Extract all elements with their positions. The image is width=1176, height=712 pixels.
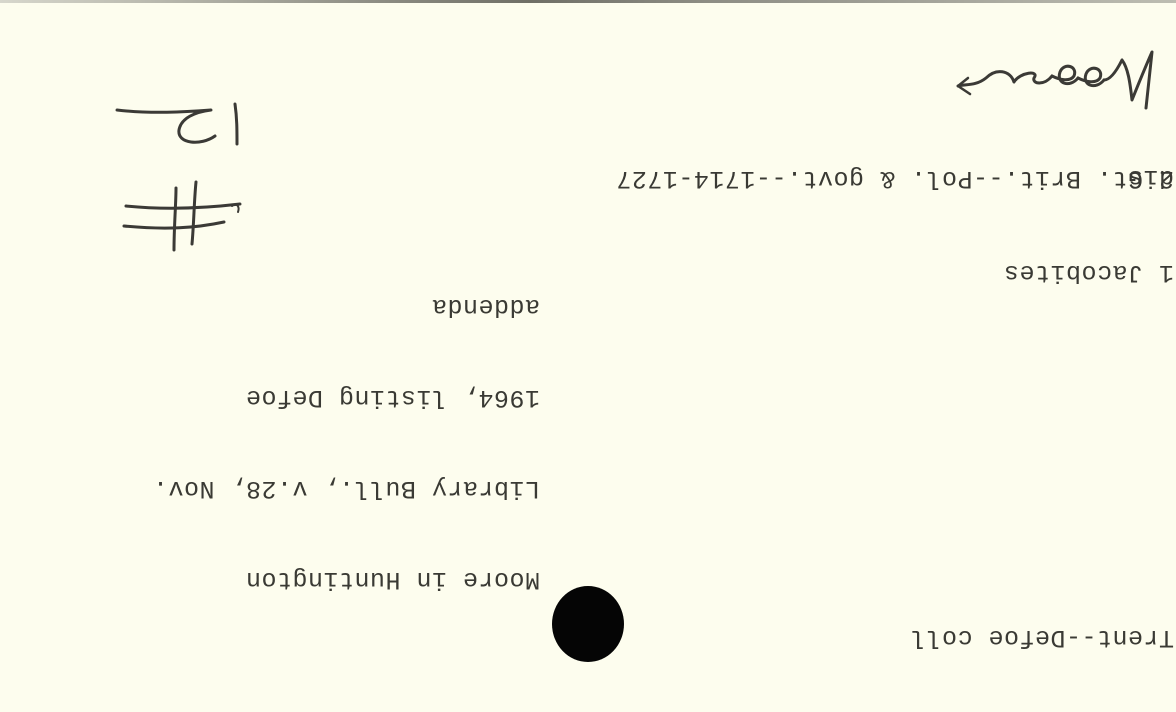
citation-line: addenda (152, 290, 540, 321)
handwritten-hash-icon (116, 172, 246, 262)
note-text: dis (1127, 162, 1174, 192)
subject-tracings: 1 Jacobites 2 Gt. Brit.--Pol. & govt.--1… (616, 99, 1174, 347)
citation-line: Moore in Huntington (152, 563, 540, 594)
punch-hole-icon (552, 586, 624, 662)
tracing-item: 1 Jacobites (616, 253, 1174, 287)
citation-line: Library Bull., v.28, Nov. (152, 472, 540, 503)
tracing-item: 2 Gt. Brit.--Pol. & govt.--1714-1727 (616, 159, 1174, 193)
citation-line: 1964, listing Defoe (152, 381, 540, 412)
handwritten-signature-icon (936, 30, 1166, 130)
card-heading: Trent--Defoe coll (910, 622, 1174, 652)
catalog-card: Trent--Defoe coll Moore in Huntington Li… (0, 0, 1176, 712)
card-edge (0, 0, 1176, 3)
citation-block: Moore in Huntington Library Bull., v.28,… (152, 230, 540, 654)
handwritten-number-icon (111, 92, 281, 152)
